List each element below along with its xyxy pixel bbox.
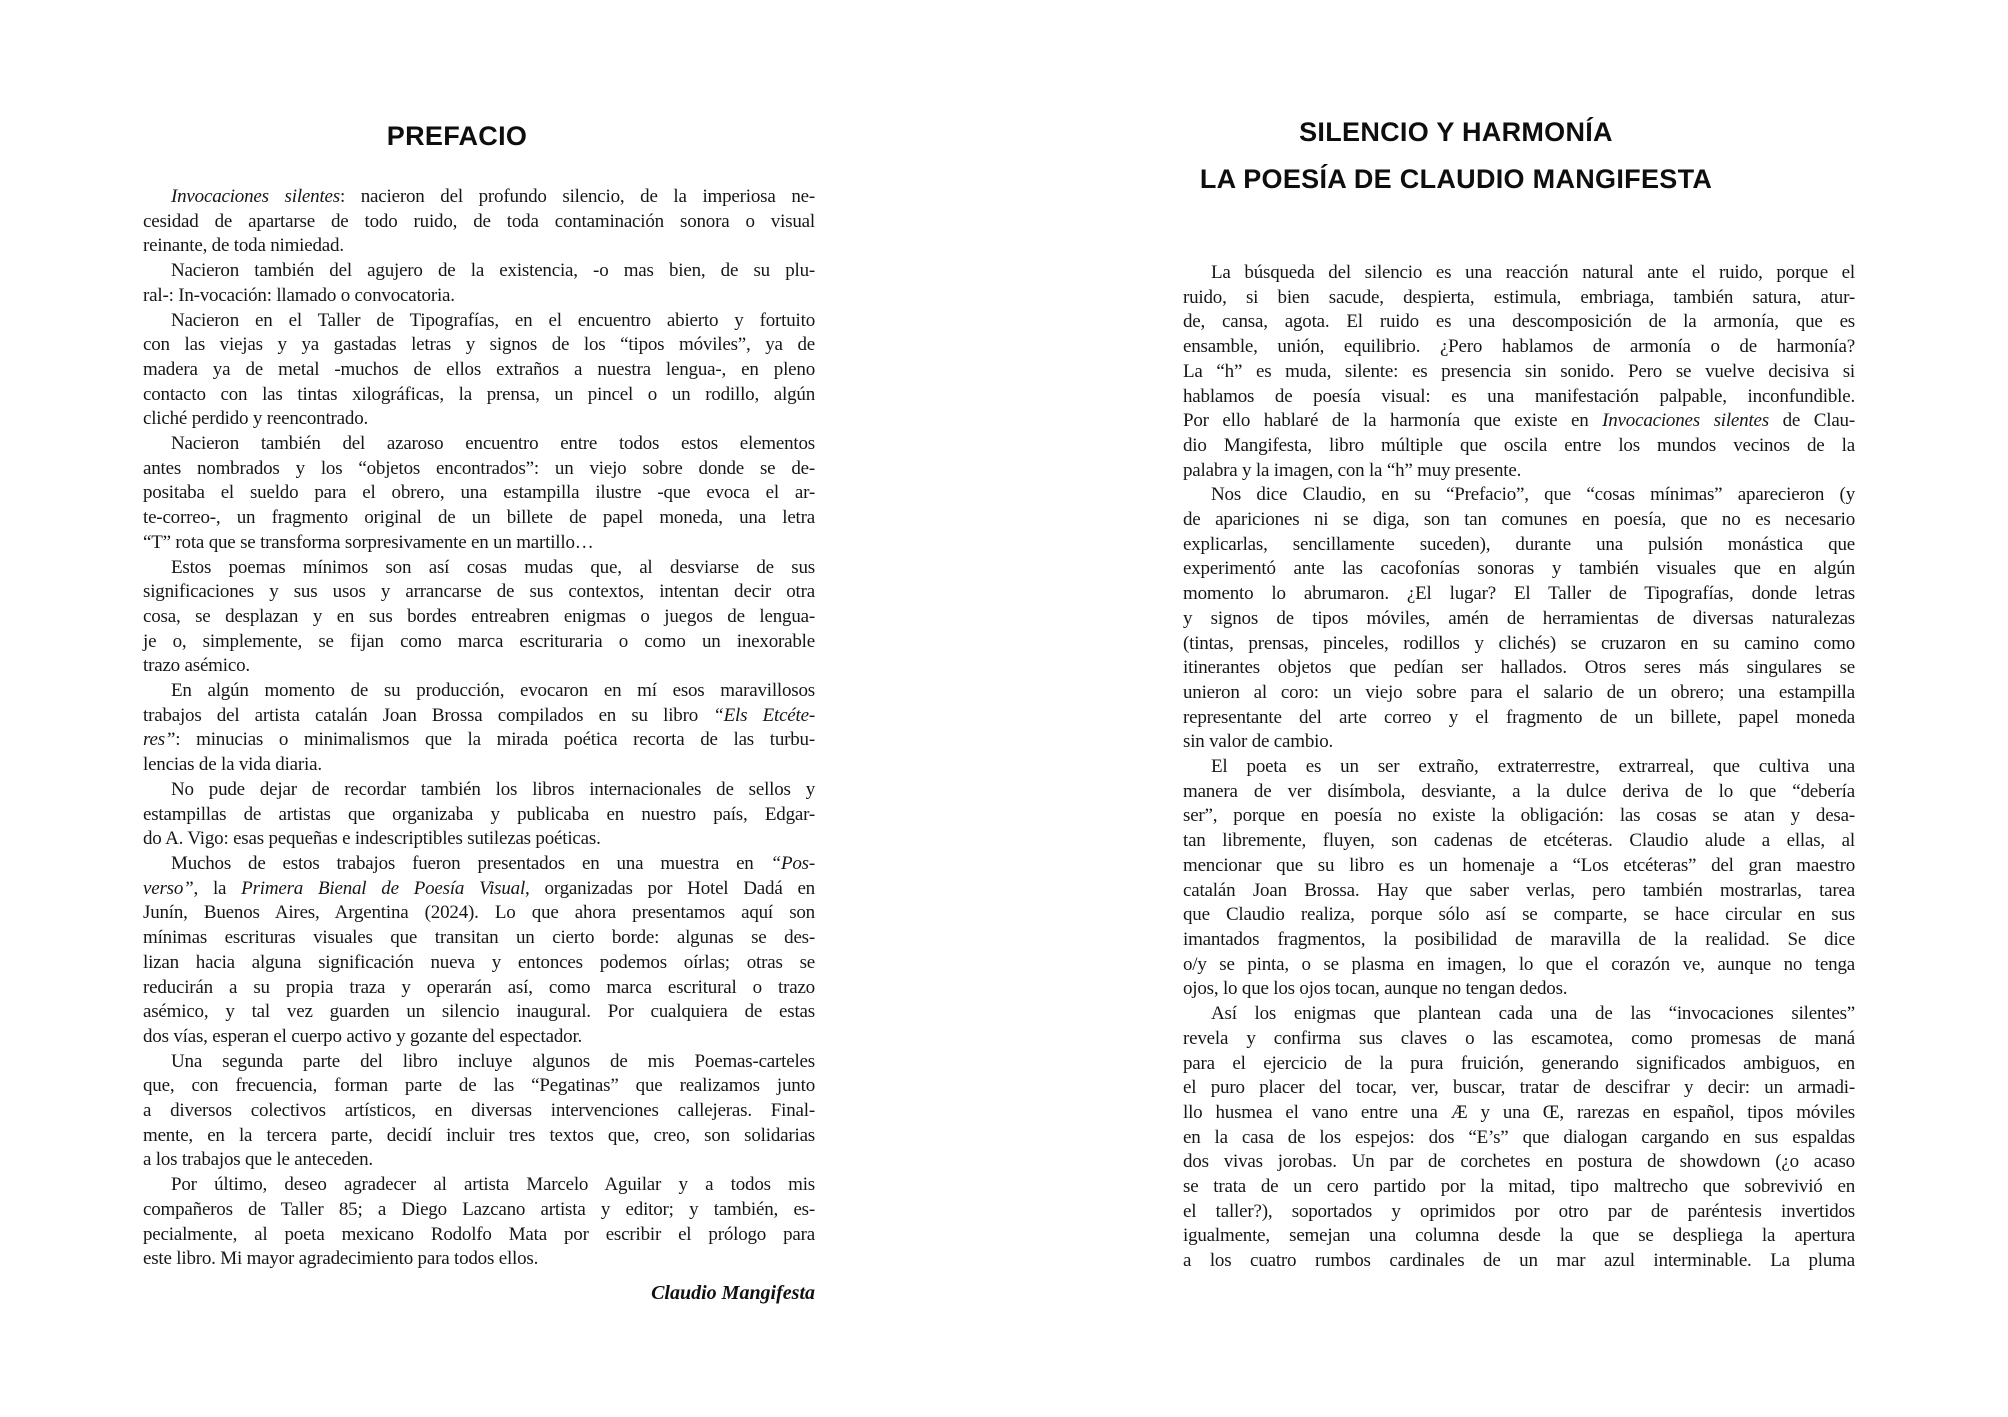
text-line: a los cuatro rumbos cardinales de un mar…	[1183, 1249, 1855, 1274]
text-segment: palabra y la imagen, con la “h” muy pres…	[1183, 460, 1521, 481]
text-line: En algún momento de su producción, evoca…	[143, 679, 815, 704]
text-line: para el ejercicio de la pura fruición, g…	[1183, 1052, 1855, 1077]
text-segment: contacto con las tintas xilográficas, la…	[143, 384, 815, 405]
text-segment: que Claudio realiza, porque sólo así se …	[1183, 904, 1855, 925]
text-line: verso”, la Primera Bienal de Poesía Visu…	[143, 877, 815, 902]
text-segment: itinerantes objetos que pedían ser halla…	[1183, 657, 1855, 678]
text-segment: : nacieron del profundo silencio, de la …	[340, 186, 815, 207]
text-line: unieron al coro: un viejo sobre para el …	[1183, 681, 1855, 706]
text-segment: a los cuatro rumbos cardinales de un mar…	[1183, 1250, 1855, 1271]
author-signature: Claudio Mangifesta	[143, 1281, 815, 1306]
text-line: y signos de tipos móviles, amén de herra…	[1183, 607, 1855, 632]
text-segment: y signos de tipos móviles, amén de herra…	[1183, 608, 1855, 629]
text-segment: ruido, si bien sacude, despierta, estimu…	[1183, 287, 1855, 308]
text-line: con las viejas y ya gastadas letras y si…	[143, 333, 815, 358]
text-line: “T” rota que se transforma sorpresivamen…	[143, 531, 815, 556]
book-spread: PREFACIO Invocaciones silentes: nacieron…	[0, 0, 2008, 1417]
text-segment: (tintas, prensas, pinceles, rodillos y c…	[1183, 633, 1855, 654]
text-line: representante del arte correo y el fragm…	[1183, 706, 1855, 731]
text-line: ensamble, unión, equilibrio. ¿Pero habla…	[1183, 335, 1855, 360]
text-segment: imantados fragmentos, la posibilidad de …	[1183, 929, 1855, 950]
text-line: a diversos colectivos artísticos, en div…	[143, 1099, 815, 1124]
text-line: mente, en la tercera parte, decidí inclu…	[143, 1124, 815, 1149]
text-line: itinerantes objetos que pedían ser halla…	[1183, 656, 1855, 681]
text-segment: tan libremente, fluyen, son cadenas de e…	[1183, 830, 1855, 851]
text-segment: dos vivas jorobas. Un par de corchetes e…	[1183, 1151, 1855, 1172]
text-line: de, cansa, agota. El ruido es una descom…	[1183, 310, 1855, 335]
text-segment: para el ejercicio de la pura fruición, g…	[1183, 1053, 1855, 1074]
text-segment: , organizadas por Hotel Dadá en	[525, 878, 815, 899]
text-line: reinante, de toda nimiedad.	[143, 234, 815, 259]
text-line: catalán Joan Brossa. Hay que saber verla…	[1183, 879, 1855, 904]
text-segment: lencias de la vida diaria.	[143, 754, 322, 775]
text-segment: explicarlas, sencillamente suceden), dur…	[1183, 534, 1855, 555]
text-segment: de Clau-	[1769, 410, 1855, 431]
text-segment: Por ello hablaré de la harmonía que exis…	[1183, 410, 1602, 431]
text-line: el taller?), soportados y oprimidos por …	[1183, 1200, 1855, 1225]
text-segment: manera de ver disímbola, desviante, a la…	[1183, 781, 1855, 802]
text-segment: : minucias o minimalismos que la mirada …	[175, 729, 815, 750]
text-segment: reinante, de toda nimiedad.	[143, 235, 344, 256]
text-line: a los trabajos que le anteceden.	[143, 1148, 815, 1173]
text-line: ojos, lo que los ojos tocan, aunque no t…	[1183, 977, 1855, 1002]
text-segment: madera ya de metal -muchos de ellos extr…	[143, 359, 815, 380]
text-line: experimentó ante las cacofonías sonoras …	[1183, 557, 1855, 582]
text-segment: de, cansa, agota. El ruido es una descom…	[1183, 311, 1855, 332]
text-line: ruido, si bien sacude, despierta, estimu…	[1183, 286, 1855, 311]
text-line: asémico, y tal vez guarden un silencio i…	[143, 1000, 815, 1025]
text-segment: “T” rota que se transforma sorpresivamen…	[143, 532, 594, 553]
right-page: SILENCIO Y HARMONÍA LA POESÍA DE CLAUDIO…	[1183, 114, 1855, 1274]
text-line: je o, simplemente, se fijan como marca e…	[143, 630, 815, 655]
text-segment: ojos, lo que los ojos tocan, aunque no t…	[1183, 978, 1567, 999]
text-line: lizan hacia alguna significación nueva y…	[143, 951, 815, 976]
text-segment: o/y se pinta, o se plasma en imagen, lo …	[1183, 954, 1855, 975]
text-line: Junín, Buenos Aires, Argentina (2024). L…	[143, 901, 815, 926]
text-line: cliché perdido y reencontrado.	[143, 407, 815, 432]
text-segment: cliché perdido y reencontrado.	[143, 408, 368, 429]
text-segment: trabajos del artista catalán Joan Brossa…	[143, 705, 713, 726]
text-line: en la casa de los espejos: dos “E’s” que…	[1183, 1126, 1855, 1151]
text-line: lencias de la vida diaria.	[143, 753, 815, 778]
text-line: Nacieron también del agujero de la exist…	[143, 259, 815, 284]
text-line: que, con frecuencia, forman parte de las…	[143, 1074, 815, 1099]
text-segment: sin valor de cambio.	[1183, 731, 1333, 752]
text-segment: el puro placer del tocar, ver, buscar, t…	[1183, 1077, 1855, 1098]
text-segment: este libro. Mi mayor agradecimiento para…	[143, 1248, 538, 1269]
left-page-body: Invocaciones silentes: nacieron del prof…	[143, 185, 815, 1272]
text-line: cesidad de apartarse de todo ruido, de t…	[143, 210, 815, 235]
text-segment: en la casa de los espejos: dos “E’s” que…	[1183, 1127, 1855, 1148]
text-line: llo husmea el vano entre una Æ y una Œ, …	[1183, 1101, 1855, 1126]
text-segment: Nacieron también del azaroso encuentro e…	[171, 433, 815, 454]
text-segment: representante del arte correo y el fragm…	[1183, 707, 1855, 728]
text-line: Por último, deseo agradecer al artista M…	[143, 1173, 815, 1198]
text-segment: En algún momento de su producción, evoca…	[171, 680, 815, 701]
text-line: palabra y la imagen, con la “h” muy pres…	[1183, 459, 1855, 484]
text-line: momento lo abrumaron. ¿El lugar? El Tall…	[1183, 582, 1855, 607]
text-segment: ral-: In-vocación: llamado o convocatori…	[143, 285, 455, 306]
text-line: mencionar que su libro es un homenaje a …	[1183, 854, 1855, 879]
text-segment: reducirán a su propia traza y operarán a…	[143, 977, 815, 998]
text-line: revela y confirma sus claves o las escam…	[1183, 1027, 1855, 1052]
text-segment: que, con frecuencia, forman parte de las…	[143, 1075, 815, 1096]
text-line: ser”, porque en poesía no existe la obli…	[1183, 804, 1855, 829]
text-segment: pecialmente, al poeta mexicano Rodolfo M…	[143, 1224, 815, 1245]
text-line: antes nombrados y los “objetos encontrad…	[143, 457, 815, 482]
text-line: imantados fragmentos, la posibilidad de …	[1183, 928, 1855, 953]
text-segment: El poeta es un ser extraño, extraterrest…	[1211, 756, 1855, 777]
text-line: dos vivas jorobas. Un par de corchetes e…	[1183, 1150, 1855, 1175]
text-segment: compañeros de Taller 85; a Diego Lazcano…	[143, 1199, 815, 1220]
italic-text-segment: Invocaciones silentes	[1602, 410, 1769, 431]
text-segment: cesidad de apartarse de todo ruido, de t…	[143, 211, 815, 232]
text-line: dio Mangifesta, libro múltiple que oscil…	[1183, 434, 1855, 459]
text-segment: Una segunda parte del libro incluye algu…	[171, 1051, 815, 1072]
text-line: Muchos de estos trabajos fueron presenta…	[143, 852, 815, 877]
text-line: de apariciones ni se diga, son tan comun…	[1183, 508, 1855, 533]
text-segment: asémico, y tal vez guarden un silencio i…	[143, 1001, 815, 1022]
text-line: trabajos del artista catalán Joan Brossa…	[143, 704, 815, 729]
text-line: este libro. Mi mayor agradecimiento para…	[143, 1247, 815, 1272]
text-segment: mente, en la tercera parte, decidí inclu…	[143, 1125, 815, 1146]
page-title-line2: LA POESÍA DE CLAUDIO MANGIFESTA	[1183, 161, 1855, 197]
text-segment: ser”, porque en poesía no existe la obli…	[1183, 805, 1855, 826]
text-line: Una segunda parte del libro incluye algu…	[143, 1050, 815, 1075]
italic-text-segment: “Pos-	[771, 853, 815, 874]
italic-text-segment: res”	[143, 729, 175, 750]
text-segment: significaciones y sus usos y arrancarse …	[143, 581, 815, 602]
page-title-prefacio: PREFACIO	[143, 118, 815, 154]
text-segment: cosa, se desplazan y en sus bordes entre…	[143, 606, 815, 627]
text-line: pecialmente, al poeta mexicano Rodolfo M…	[143, 1223, 815, 1248]
text-segment: Nacieron también del agujero de la exist…	[171, 260, 815, 281]
text-segment: a los trabajos que le anteceden.	[143, 1149, 373, 1170]
text-line: el puro placer del tocar, ver, buscar, t…	[1183, 1076, 1855, 1101]
text-line: Por ello hablaré de la harmonía que exis…	[1183, 409, 1855, 434]
text-segment: mencionar que su libro es un homenaje a …	[1183, 855, 1855, 876]
text-line: contacto con las tintas xilográficas, la…	[143, 383, 815, 408]
text-line: te-correo-, un fragmento original de un …	[143, 506, 815, 531]
text-segment: con las viejas y ya gastadas letras y si…	[143, 334, 815, 355]
text-segment: dio Mangifesta, libro múltiple que oscil…	[1183, 435, 1855, 456]
text-segment: La búsqueda del silencio es una reacción…	[1211, 262, 1855, 283]
text-segment: igualmente, semejan una columna desde la…	[1183, 1225, 1855, 1246]
text-line: igualmente, semejan una columna desde la…	[1183, 1224, 1855, 1249]
italic-text-segment: “Els Etcéte-	[713, 705, 815, 726]
text-line: Invocaciones silentes: nacieron del prof…	[143, 185, 815, 210]
text-line: o/y se pinta, o se plasma en imagen, lo …	[1183, 953, 1855, 978]
text-segment: Así los enigmas que plantean cada una de…	[1211, 1003, 1855, 1024]
text-line: tan libremente, fluyen, son cadenas de e…	[1183, 829, 1855, 854]
text-line: El poeta es un ser extraño, extraterrest…	[1183, 755, 1855, 780]
text-segment: hablamos de poesía visual: es una manife…	[1183, 386, 1855, 407]
text-segment: je o, simplemente, se fijan como marca e…	[143, 631, 815, 652]
text-line: Nos dice Claudio, en su “Prefacio”, que …	[1183, 483, 1855, 508]
text-line: manera de ver disímbola, desviante, a la…	[1183, 780, 1855, 805]
text-line: La búsqueda del silencio es una reacción…	[1183, 261, 1855, 286]
text-segment: estampillas de artistas que organizaba y…	[143, 804, 815, 825]
italic-text-segment: Invocaciones silentes	[171, 186, 340, 207]
text-segment: el taller?), soportados y oprimidos por …	[1183, 1201, 1855, 1222]
text-line: (tintas, prensas, pinceles, rodillos y c…	[1183, 632, 1855, 657]
text-segment: revela y confirma sus claves o las escam…	[1183, 1028, 1855, 1049]
text-line: explicarlas, sencillamente suceden), dur…	[1183, 533, 1855, 558]
text-line: estampillas de artistas que organizaba y…	[143, 803, 815, 828]
text-line: La “h” es muda, silente: es presencia si…	[1183, 360, 1855, 385]
text-line: No pude dejar de recordar también los li…	[143, 778, 815, 803]
text-line: Estos poemas mínimos son así cosas mudas…	[143, 556, 815, 581]
text-segment: positaba el sueldo para el obrero, una e…	[143, 482, 815, 503]
text-line: ral-: In-vocación: llamado o convocatori…	[143, 284, 815, 309]
left-page: PREFACIO Invocaciones silentes: nacieron…	[143, 118, 815, 1306]
text-segment: catalán Joan Brossa. Hay que saber verla…	[1183, 880, 1855, 901]
text-segment: trazo asémico.	[143, 655, 250, 676]
text-line: positaba el sueldo para el obrero, una e…	[143, 481, 815, 506]
text-segment: unieron al coro: un viejo sobre para el …	[1183, 682, 1855, 703]
text-line: compañeros de Taller 85; a Diego Lazcano…	[143, 1198, 815, 1223]
text-line: reducirán a su propia traza y operarán a…	[143, 976, 815, 1001]
text-line: madera ya de metal -muchos de ellos extr…	[143, 358, 815, 383]
text-line: que Claudio realiza, porque sólo así se …	[1183, 903, 1855, 928]
italic-text-segment: verso”	[143, 878, 194, 899]
text-segment: experimentó ante las cacofonías sonoras …	[1183, 558, 1855, 579]
text-line: hablamos de poesía visual: es una manife…	[1183, 385, 1855, 410]
text-segment: mínimas escrituras visuales que transita…	[143, 927, 815, 948]
text-segment: lizan hacia alguna significación nueva y…	[143, 952, 815, 973]
text-line: do A. Vigo: esas pequeñas e indescriptib…	[143, 827, 815, 852]
text-line: Nacieron en el Taller de Tipografías, en…	[143, 309, 815, 334]
text-segment: Nacieron en el Taller de Tipografías, en…	[171, 310, 815, 331]
text-segment: dos vías, esperan el cuerpo activo y goz…	[143, 1026, 582, 1047]
text-segment: Muchos de estos trabajos fueron presenta…	[171, 853, 771, 874]
text-line: Nacieron también del azaroso encuentro e…	[143, 432, 815, 457]
text-segment: se trata de un cero partido por la mitad…	[1183, 1176, 1855, 1197]
text-line: cosa, se desplazan y en sus bordes entre…	[143, 605, 815, 630]
text-line: dos vías, esperan el cuerpo activo y goz…	[143, 1025, 815, 1050]
text-line: trazo asémico.	[143, 654, 815, 679]
text-line: res”: minucias o minimalismos que la mir…	[143, 728, 815, 753]
text-line: mínimas escrituras visuales que transita…	[143, 926, 815, 951]
text-line: Así los enigmas que plantean cada una de…	[1183, 1002, 1855, 1027]
text-segment: llo husmea el vano entre una Æ y una Œ, …	[1183, 1102, 1855, 1123]
text-segment: ensamble, unión, equilibrio. ¿Pero habla…	[1183, 336, 1855, 357]
text-segment: Nos dice Claudio, en su “Prefacio”, que …	[1211, 484, 1855, 505]
text-segment: La “h” es muda, silente: es presencia si…	[1183, 361, 1855, 382]
text-line: se trata de un cero partido por la mitad…	[1183, 1175, 1855, 1200]
page-title-line1: SILENCIO Y HARMONÍA	[1183, 114, 1855, 150]
text-line: sin valor de cambio.	[1183, 730, 1855, 755]
text-segment: , la	[194, 878, 242, 899]
text-segment: No pude dejar de recordar también los li…	[171, 779, 815, 800]
text-segment: Por último, deseo agradecer al artista M…	[171, 1174, 815, 1195]
text-segment: momento lo abrumaron. ¿El lugar? El Tall…	[1183, 583, 1855, 604]
text-segment: do A. Vigo: esas pequeñas e indescriptib…	[143, 828, 601, 849]
right-page-body: La búsqueda del silencio es una reacción…	[1183, 261, 1855, 1274]
italic-text-segment: Primera Bienal de Poesía Visual	[241, 878, 525, 899]
text-segment: Junín, Buenos Aires, Argentina (2024). L…	[143, 902, 815, 923]
text-line: significaciones y sus usos y arrancarse …	[143, 580, 815, 605]
text-segment: Estos poemas mínimos son así cosas mudas…	[171, 557, 815, 578]
text-segment: antes nombrados y los “objetos encontrad…	[143, 458, 815, 479]
text-segment: te-correo-, un fragmento original de un …	[143, 507, 815, 528]
text-segment: de apariciones ni se diga, son tan comun…	[1183, 509, 1855, 530]
text-segment: a diversos colectivos artísticos, en div…	[143, 1100, 815, 1121]
